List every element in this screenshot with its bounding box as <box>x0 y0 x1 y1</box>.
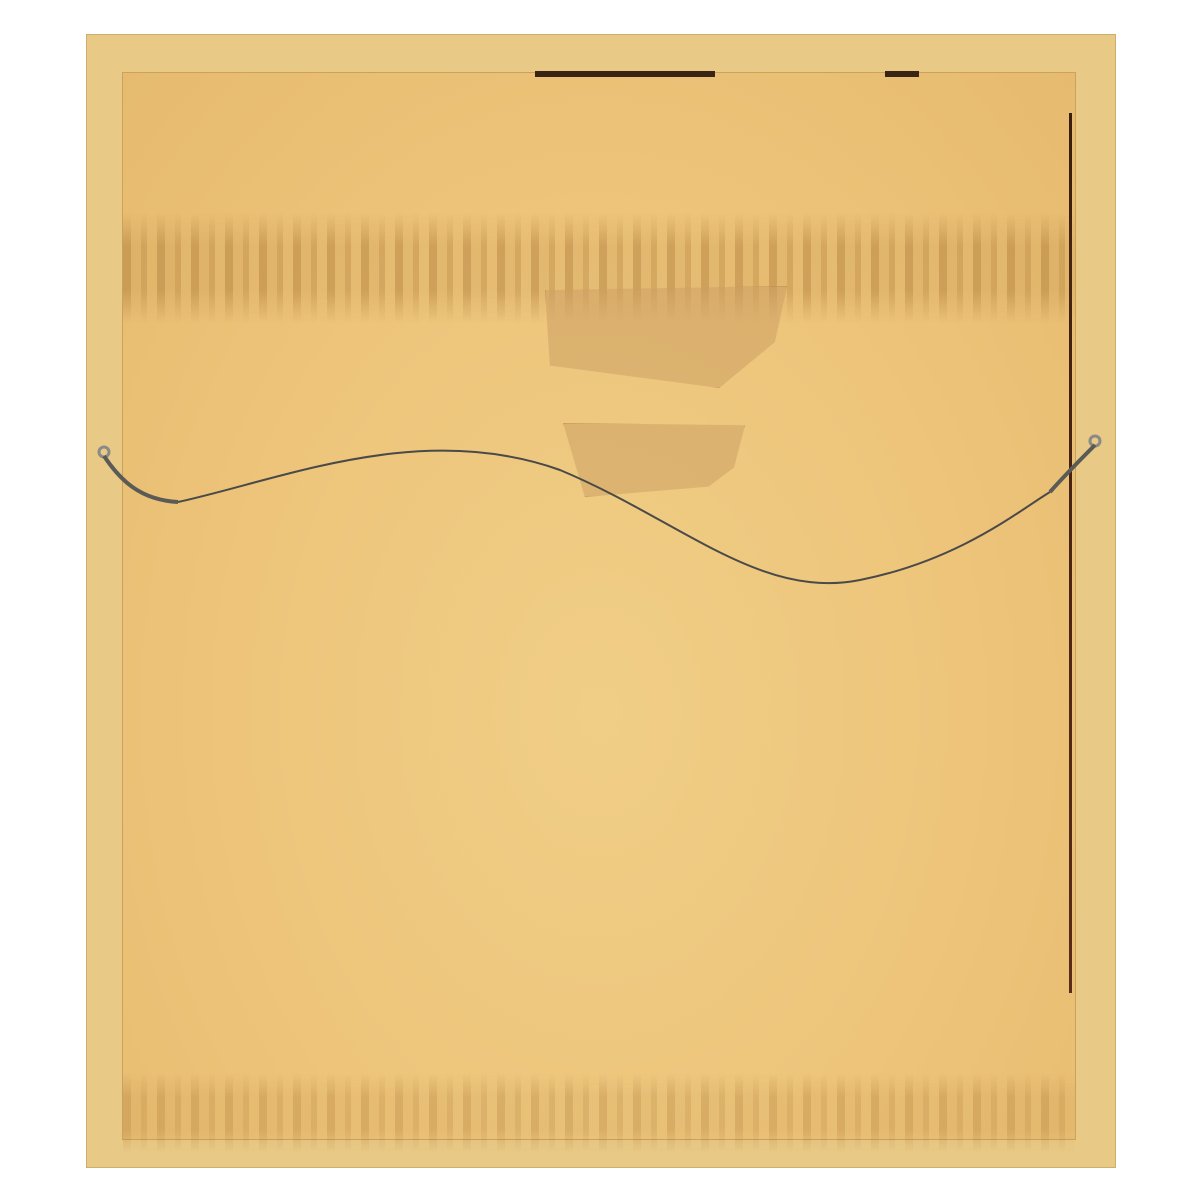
screw-eye-right-icon <box>1090 436 1100 446</box>
screw-eye-left-icon <box>99 447 109 457</box>
hanging-wire <box>0 0 1200 1200</box>
